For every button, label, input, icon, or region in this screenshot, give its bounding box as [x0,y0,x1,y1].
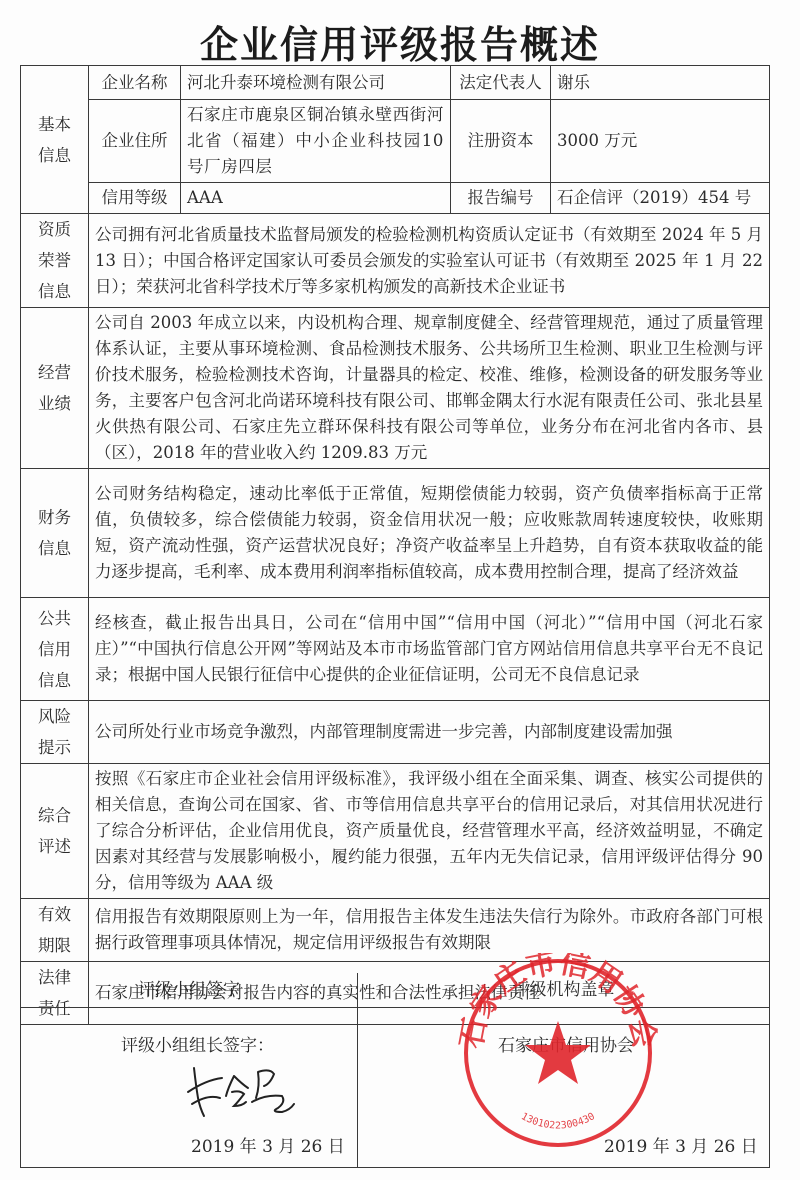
financial-text: 公司财务结构稳定，速动比率低于正常值，短期偿债能力较弱，资产负债率指标高于正常值… [89,469,770,598]
row-financial: 财务信息 公司财务结构稳定，速动比率低于正常值，短期偿债能力较弱，资产负债率指标… [21,469,770,598]
section-label-financial: 财务信息 [21,469,89,598]
section-label-summary: 综合评述 [21,764,89,899]
team-signature-header: 评级小组签字 [21,973,357,1008]
section-label-performance: 经营业绩 [21,308,89,469]
capital-label: 注册资本 [451,100,551,183]
legal-rep-value: 谢乐 [551,66,770,100]
document-title: 企业信用评级报告概述 [0,14,800,69]
section-label-public-credit: 公共信用信息 [21,598,89,701]
section-label-risk: 风险提示 [21,701,89,764]
legal-rep-label: 法定代表人 [451,66,551,100]
handwritten-signature-icon [186,1058,306,1120]
section-label-basic-info: 基本信息 [21,66,89,214]
section-label-qualifications: 资质荣誉信息 [21,214,89,308]
row-company-name: 基本信息 企业名称 河北升泰环境检测有限公司 法定代表人 谢乐 [21,66,770,100]
credit-grade-label: 信用等级 [89,183,181,214]
row-qualifications: 资质荣誉信息 公司拥有河北省质量技术监督局颁发的检验检测机构资质认定证书（有效期… [21,214,770,308]
credit-grade-value: AAA [181,183,451,214]
company-name-value: 河北升泰环境检测有限公司 [181,66,451,100]
team-leader-label: 评级小组组长签字： [121,1031,274,1056]
capital-value: 3000 万元 [551,100,770,183]
row-address: 企业住所 石家庄市鹿泉区铜冶镇永壁西街河北省（福建）中小企业科技园10号厂房四层… [21,100,770,183]
risk-text: 公司所处行业市场竞争激烈，内部管理制度需进一步完善，内部制度建设需加强 [89,701,770,764]
company-name-label: 企业名称 [89,66,181,100]
row-credit-grade: 信用等级 AAA 报告编号 石企信评（2019）454 号 [21,183,770,214]
team-signature-date: 2019 年 3 月 26 日 [191,1132,345,1157]
validity-text: 信用报告有效期限原则上为一年，信用报告主体发生违法失信行为除外。市政府各部门可根… [89,899,770,962]
performance-text: 公司自 2003 年成立以来，内设机构合理、规章制度健全、经营管理规范，通过了质… [89,308,770,469]
signature-section: 评级小组签字 评级小组组长签字： 2019 年 3 月 26 日 评级机构盖章 … [20,973,770,1168]
public-credit-text: 经核查，截止报告出具日，公司在“信用中国”“信用中国（河北）”“信用中国（河北石… [89,598,770,701]
address-label: 企业住所 [89,100,181,183]
row-risk: 风险提示 公司所处行业市场竞争激烈，内部管理制度需进一步完善，内部制度建设需加强 [21,701,770,764]
row-summary: 综合评述 按照《石家庄市企业社会信用评级标准》，我评级小组在全面采集、调查、核实… [21,764,770,899]
org-seal-column: 评级机构盖章 石家庄市信用协会 石家庄市信用协会 1301022300430 2… [358,973,769,1167]
address-value: 石家庄市鹿泉区铜冶镇永壁西街河北省（福建）中小企业科技园10号厂房四层 [181,100,451,183]
report-summary-table: 基本信息 企业名称 河北升泰环境检测有限公司 法定代表人 谢乐 企业住所 石家庄… [20,65,770,1025]
svg-text:1301022300430: 1301022300430 [519,1111,597,1131]
row-performance: 经营业绩 公司自 2003 年成立以来，内设机构合理、规章制度健全、经营管理规范… [21,308,770,469]
section-label-validity: 有效期限 [21,899,89,962]
summary-text: 按照《石家庄市企业社会信用评级标准》，我评级小组在全面采集、调查、核实公司提供的… [89,764,770,899]
team-signature-column: 评级小组签字 评级小组组长签字： 2019 年 3 月 26 日 [21,973,358,1167]
report-no-value: 石企信评（2019）454 号 [551,183,770,214]
official-red-seal-icon: 石家庄市信用协会 1301022300430 [458,953,658,1153]
org-seal-date: 2019 年 3 月 26 日 [604,1132,758,1157]
report-no-label: 报告编号 [451,183,551,214]
row-public-credit: 公共信用信息 经核查，截止报告出具日，公司在“信用中国”“信用中国（河北）”“信… [21,598,770,701]
qualifications-text: 公司拥有河北省质量技术监督局颁发的检验检测机构资质认定证书（有效期至 2024 … [89,214,770,308]
